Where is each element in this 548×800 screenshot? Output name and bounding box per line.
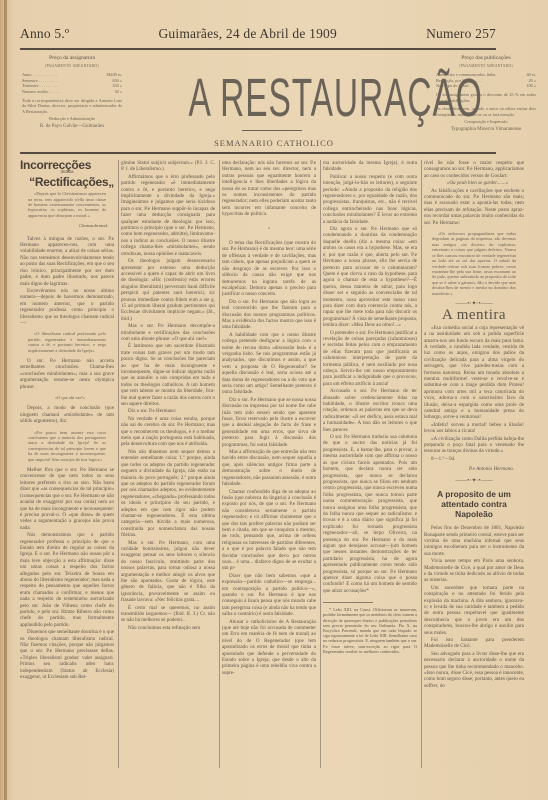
paragraph: Diz o snr. P.e Hermano que não logra ao … [222, 299, 316, 331]
place-date: Guimarães, 24 de Abril de 1909 [158, 26, 336, 42]
price-row: Numero avulso . . . . . .30 » [22, 89, 122, 95]
column-divider [118, 160, 119, 768]
paragraph: uma declaração: nós não faremos ao snr. … [222, 160, 316, 218]
article-title-napoleao: A proposito de um attentado contra Napol… [424, 489, 524, 519]
paragraph: Não concluimos esta refutação sem [121, 625, 215, 631]
paragraph: Os theologos julgam desnecessario aprese… [121, 258, 215, 322]
paragraph: «A civilização como Dalila perfida bafej… [424, 436, 524, 455]
price-row: No corpo do jornal . . . . . .100 » [436, 83, 536, 89]
paragraph: É lastimoso que um sacerdote illustrado … [121, 343, 215, 407]
column-3: uma declaração: nós não faremos ao snr. … [222, 160, 316, 768]
column-divider [320, 160, 321, 768]
column-4: ma auctoridade da mesma Igreja), é outra… [323, 160, 417, 768]
publication-heading: Preço das publicações [436, 56, 536, 62]
issue-number: Numero 257 [426, 26, 496, 42]
title-rule [242, 130, 302, 131]
footnote-rule [323, 602, 373, 603]
year-label: Anno 5.º [20, 26, 69, 42]
paragraph: Dissemos que semelhante doutrina é o que… [20, 629, 114, 680]
binding-spine [4, 0, 7, 800]
paragraph: Na verdade é uma coisa estulta, porque n… [121, 416, 215, 448]
column-divider [219, 160, 220, 768]
paragraph: Vivia nesse tempo em Paris uma senhora, … [424, 558, 524, 584]
paragraph: Escrevêramos nós no nosso ultimo numero—… [20, 288, 114, 326]
paragraph: As falsificações e cavillações que enche… [424, 188, 524, 226]
paragraph: Abusar o catholicismo de A Restauração (… [222, 619, 316, 677]
footnote: * Leão XIII, na Const. Officiorum ac mun… [323, 607, 417, 654]
paragraph: Chamar confundido diga de se adeptar ao … [222, 489, 316, 572]
paragraph: gimine Statui subjicit subjectum.» (P.I.… [121, 160, 215, 173]
article-author: P.e Antonio Hermano. [424, 466, 514, 472]
body-top-rule [20, 152, 496, 154]
discount-note: Os srs. assignantes gosam o desconto de … [436, 92, 536, 103]
paragraph: Diz o snr. P.e Hermano: [121, 408, 215, 414]
paragraph: Publicar a nosso respeito (e com outra i… [323, 174, 417, 225]
paragraph: Pelos fins de Dezembro de 1801, Napoleão… [424, 525, 524, 557]
column-divider [421, 160, 422, 768]
publication-price-box: Preço das publicações (PAGAMENTO ADEANTA… [436, 56, 536, 133]
newspaper-title: A RESTAURAÇÃO [188, 68, 359, 128]
quote-line: «Ou peuh bien se garder.......» [424, 180, 524, 186]
paragraph: Seu advogado para a livrar disse-lhe que… [424, 651, 524, 689]
column-5: rível Se não fosse o maior respeito que … [424, 160, 524, 768]
paragraph: Diz o snr. P.e Hermano que se nossa noss… [222, 397, 316, 448]
block-quote: «Os ardorosos propagandistas que todos d… [432, 231, 516, 296]
paragraph: Dizer que não bem sabemos «que a express… [222, 573, 316, 618]
paragraph: Nós não dissemos nem sequer demos a ente… [121, 449, 215, 539]
paragraph: «Esa comédia social a cuja representação… [424, 325, 524, 421]
paragraph: Talvez à mingua de razões, o snr. P.e He… [20, 236, 114, 287]
paragraph: ma auctoridade da mesma Igreja), é outra… [323, 160, 417, 173]
article-title-rectificacoes: “Rectificações„ [20, 179, 114, 185]
block-quote: «O liberalismo radical professado pelo p… [28, 331, 106, 353]
printing-label: Composição e Impressão [436, 119, 536, 125]
ornament-divider: ——•◦✦◦•—— [424, 478, 524, 484]
paragraph: Accusado o snr. P.e Hermano de ter abusa… [323, 388, 417, 433]
block-quote: «Por pouco bem assente esta coisa conclu… [28, 430, 106, 462]
paragraph: O snr. P.e Hermano traduziu sua calumnia… [323, 434, 417, 594]
newspaper-page: Anno 5.º Guimarães, 24 de Abril de 1909 … [0, 0, 548, 800]
literary-works-note: As obras litterarias, quando o autor ou … [436, 106, 536, 117]
epigraph: «Depois que lo Christianismo appareceu n… [28, 191, 106, 218]
paragraph: Um sacerdote que tomara parte na conspir… [424, 585, 524, 636]
separator-dot: • [222, 226, 316, 232]
paragraph: Foi isto bastante para prenderem Mademoi… [424, 637, 524, 650]
office-address: R. de Payo Galvão—Guimarães [22, 124, 122, 130]
paragraph: «Infeliz! sorveu a mortal! bebeu a illus… [424, 422, 524, 435]
masthead-rule [20, 48, 496, 50]
paragraph: É certo mal se queremos, no assim transm… [121, 605, 215, 624]
column-1: Incorrecções dumas “Rectificações„ «Depo… [20, 160, 114, 790]
subscription-subheading: (PAGAMENTO ADEANTADO) [22, 64, 122, 70]
publication-subheading: (PAGAMENTO ADEANTADO) [436, 64, 536, 70]
printer-name: Typographia Minerva Vimaranense [436, 127, 536, 133]
paragraph: Mas o snr. P.e Hermano decompõe-a mirabo… [121, 323, 215, 342]
masthead-info-bar: Anno 5.º Guimarães, 24 de Abril de 1909 … [20, 26, 496, 46]
paragraph: rível Se não fosse o maior respeito que … [424, 160, 524, 179]
office-label: Redacção e Administração [22, 116, 122, 122]
epigraph-author: Chateaubriand. [20, 223, 108, 229]
subscription-price-box: Preço da assignatura (PAGAMENTO ADEANTAD… [22, 56, 122, 130]
paragraph: Mas o snr. P.e Hermano, com uma caridade… [121, 540, 215, 604]
column-2: gimine Statui subjicit subjectum.» (P.I.… [121, 160, 215, 768]
paragraph: O snr. P.e Hermano não acceita semelhant… [20, 358, 114, 390]
block-quote: «O que ahi vae!» [28, 395, 106, 400]
paragraph: Depois, a modo de conclusão (que ninguem… [20, 405, 114, 424]
paragraph: Melhor fôra que o snr. P.e Hermano se co… [20, 467, 114, 531]
article-date: 8—1.º—94. [424, 456, 524, 462]
article-title-mentira: A mentira [424, 312, 524, 318]
paragraph: O pretender o snr. P.e Hermano justifica… [323, 330, 417, 388]
paragraph: Nós demonstrámos que o partido regenerad… [20, 532, 114, 628]
paragraph: Mas a affirmação de que entrevão não tem… [222, 449, 316, 487]
newspaper-subtitle: SEMANARIO CATHOLICO [170, 138, 378, 148]
paragraph: O tema das Rectificações (que mostra do … [222, 240, 316, 298]
paragraph: Diz agora o snr. P.e Hermano que só cond… [323, 226, 417, 329]
paragraph: A habilidade com que o nosso illustre co… [222, 332, 316, 396]
paragraph: Affirmámos que o êrro professado pelo pa… [121, 174, 215, 257]
subscription-heading: Preço da assignatura [22, 56, 122, 62]
correspondence-note: Toda a correspondencia deve ser dirigida… [22, 98, 122, 115]
article-title-incorreccoes: Incorrecções [20, 162, 114, 168]
